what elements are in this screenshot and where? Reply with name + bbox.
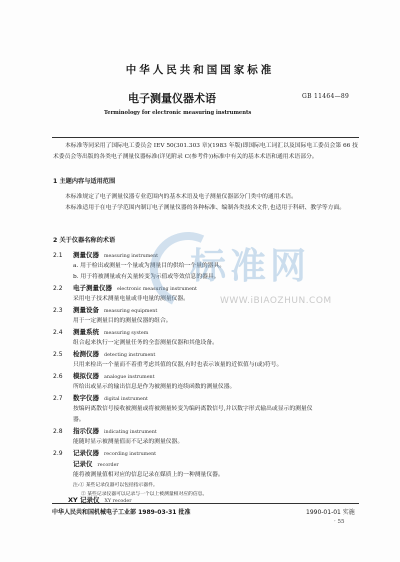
term-definition-line: 所给出或显示的输出信息是作为被测量的连续函数的测量仪器。 bbox=[73, 382, 378, 393]
term-name-cn: 检测仪器 bbox=[73, 350, 99, 358]
term-name-en: measuring instrument bbox=[104, 254, 158, 259]
term-name-cn: 指示仪器 bbox=[73, 427, 99, 435]
footer-divider bbox=[52, 503, 359, 504]
section-1-paragraph-1: 本标准规定了电子测量仪器专业范围内的基本术语及电子测量仪器部分门类中的通用术语。 bbox=[53, 192, 358, 203]
term-number: 2.9 bbox=[53, 448, 73, 459]
term-name-en: measuring equipment bbox=[104, 309, 157, 314]
section-1-heading: 1 主题内容与适用范围 bbox=[53, 176, 358, 187]
document-title-english: Terminology for electronic measuring ins… bbox=[104, 110, 251, 116]
term-name-cn: 模拟仪器 bbox=[73, 372, 99, 380]
effective-date: 1990-01-01 实施 bbox=[306, 507, 355, 516]
section-1-paragraph-2: 本标准适用于在电子学范围内制订电子测量仪器的各种标准、编制各类技术文件,也适用于… bbox=[53, 203, 358, 214]
term-number: 2.4 bbox=[53, 327, 73, 338]
term-definition-line: 按编码离散信号接收被测量或将被测量转变为编码离散信号,并以数字形式输出或显示的测… bbox=[73, 404, 378, 415]
term-extra: XY 记录仪XY recoder bbox=[68, 495, 373, 507]
term-name-en: measuring system bbox=[104, 331, 148, 336]
term-name-cn: 测量系统 bbox=[73, 328, 99, 336]
term-definition-line: 能随时显示被测量值而不记录的测量仪器。 bbox=[73, 437, 378, 448]
term-name-cn: 记录仪器 bbox=[73, 449, 99, 457]
national-standard-heading: 中华人民共和国国家标准 bbox=[0, 62, 400, 77]
term-number: 2.5 bbox=[53, 349, 73, 360]
header-divider bbox=[52, 137, 359, 138]
term-definition-line: 只用来检出一个量而不着重考虑其值的仪器,有时也表示该量的近似值与(或)符号。 bbox=[73, 360, 378, 371]
term-definition-line: 器。 bbox=[73, 415, 378, 426]
term-definition-line: 组合起来执行一定测量任务的全套测量仪器和其他设备。 bbox=[73, 338, 378, 349]
standard-code: GB 11464—89 bbox=[302, 93, 349, 100]
synonym-en: recorder bbox=[98, 463, 119, 468]
term-number: 2.3 bbox=[53, 305, 73, 316]
term-name-en: digital instrument bbox=[104, 397, 148, 402]
document-title: 电子测量仪器术语 bbox=[128, 90, 216, 106]
term-number: 2.8 bbox=[53, 426, 73, 437]
term-name-cn: 测量仪器 bbox=[73, 251, 99, 259]
term-name-en: analogue instrument bbox=[104, 375, 155, 380]
term-number: 2.7 bbox=[53, 393, 73, 404]
approval-statement: 中华人民共和国机械电子工业部 1989-03-31 批准 bbox=[52, 507, 191, 516]
term-number: 2.6 bbox=[53, 371, 73, 382]
term-name-cn: 数字仪器 bbox=[73, 394, 99, 402]
term-name-en: recording instrument bbox=[104, 452, 156, 457]
watermark-url: WWW.iBIAOZHUN.COM bbox=[220, 296, 332, 306]
term-name-en: detecting instrument bbox=[104, 353, 155, 358]
page-number: · 55 bbox=[334, 519, 345, 525]
term-number: 2.2 bbox=[53, 283, 73, 294]
term-number: 2.1 bbox=[53, 250, 73, 261]
term-name-cn: 测量设备 bbox=[73, 306, 99, 314]
synonym-cn: 记录仪 bbox=[73, 460, 93, 468]
term-name-cn: 电子测量仪器 bbox=[73, 284, 112, 292]
term-definition-line: 用于一定测量目的的测量仪器的组合。 bbox=[73, 316, 378, 327]
watermark-brand: 标准网 bbox=[190, 238, 310, 289]
term-name-en: indicating instrument bbox=[104, 430, 157, 435]
intro-paragraph: 本标准等同采用了国际电工委员会 IEV 50(301.303 章)(1983 年… bbox=[53, 141, 358, 163]
